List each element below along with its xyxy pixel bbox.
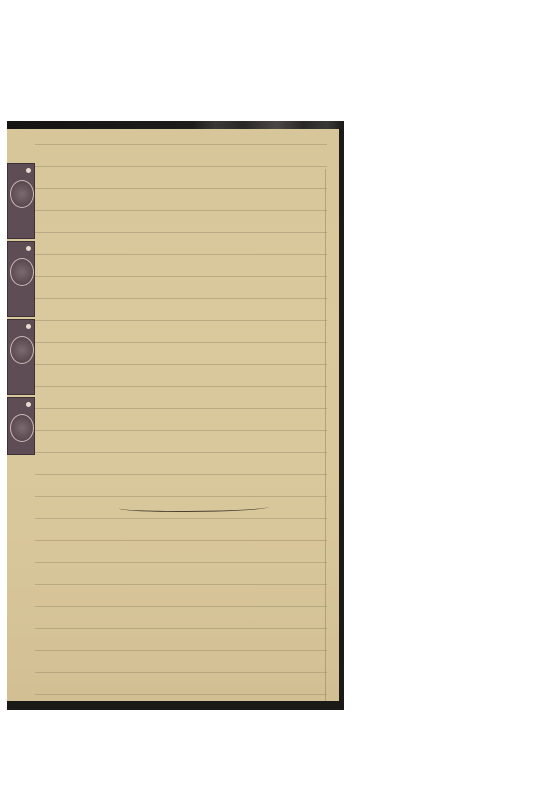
coat-of-arms-icon — [10, 258, 34, 286]
stamp-dot-icon — [26, 246, 31, 251]
revenue-stamp — [7, 163, 35, 239]
stamp-dot-icon — [26, 402, 31, 407]
revenue-stamp — [7, 241, 35, 317]
revenue-stamp — [7, 319, 35, 395]
revenue-stamp — [7, 397, 35, 455]
revenue-stamps — [7, 163, 37, 457]
coat-of-arms-icon — [10, 180, 34, 208]
ruled-lines — [35, 129, 327, 701]
coat-of-arms-icon — [10, 336, 34, 364]
ledger-page — [7, 129, 339, 701]
stamp-dot-icon — [26, 324, 31, 329]
stamp-dot-icon — [26, 168, 31, 173]
margin-line — [325, 169, 326, 701]
coat-of-arms-icon — [10, 414, 34, 442]
page-top-edge — [7, 121, 344, 129]
